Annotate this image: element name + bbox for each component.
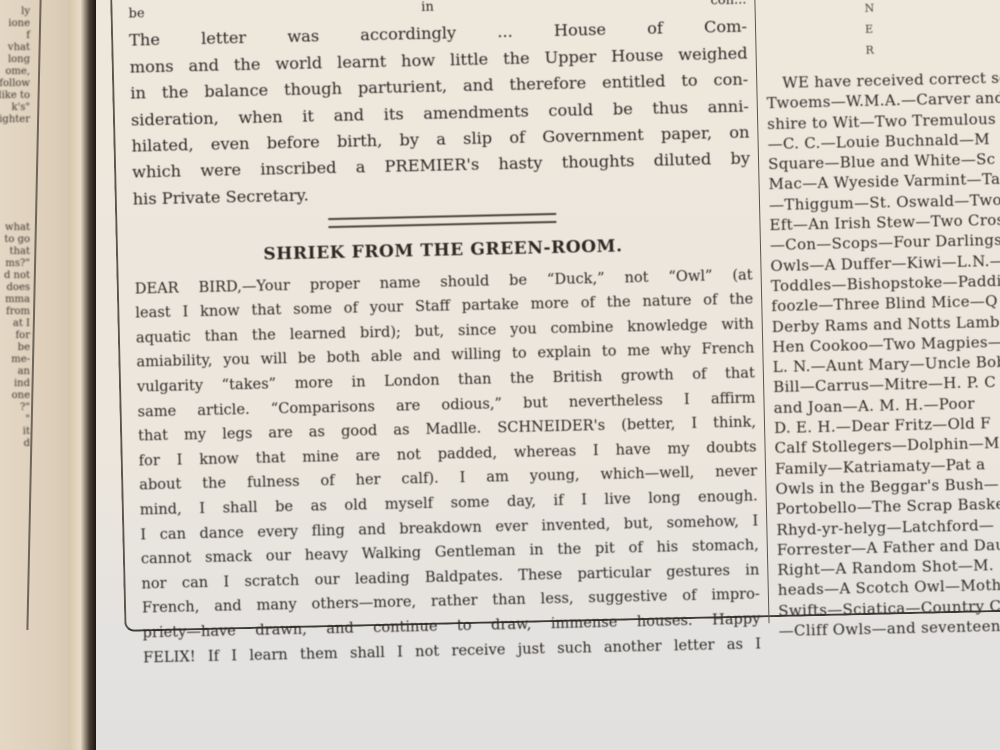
book-page: be in con... The letter was accordingly … (96, 0, 1000, 750)
vertical-letters-a: M N E R (864, 0, 877, 61)
book-gutter (70, 0, 96, 750)
printed-area: be in con... The letter was accordingly … (110, 0, 1000, 632)
article-body: DEAR BIRD,—Your proper name should be “D… (135, 263, 762, 670)
intro-paragraph: be in con... The letter was accordingly … (128, 0, 751, 213)
solutions-list: WE have received correct sol Twoems—W.M.… (764, 0, 1000, 641)
facing-page-text-bottom: what to go that ms?" d not does mma from… (4, 222, 30, 450)
right-column: M N E R U M N E R WE have received corre… (764, 0, 1000, 641)
salutation: DEAR BIRD, (135, 278, 242, 297)
facing-page: ly ione f vhat long ome, follow like to … (0, 0, 70, 750)
main-column: be in con... The letter was accordingly … (128, 0, 761, 671)
facing-page-text-top: ly ione f vhat long ome, follow like to … (0, 6, 30, 126)
section-divider (328, 213, 556, 228)
